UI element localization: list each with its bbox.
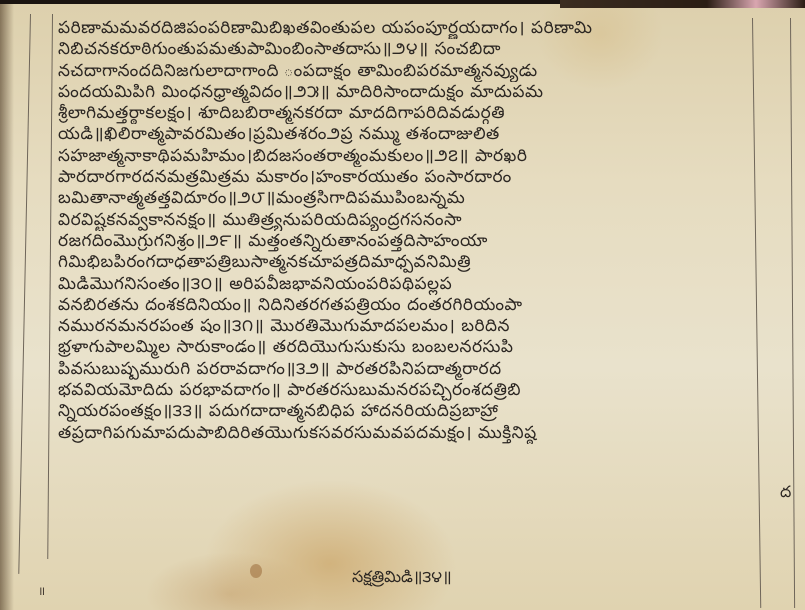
text-line-5: శ్రీలాగిమత్తర్ఠాకలక్షం। శూదిబబిరాత్మనకరద… (58, 103, 748, 124)
text-line-11: రజగదింమొగ్రుగనిశ్రం॥౨౯॥ మత్తంతన్నిరుతానం… (58, 231, 748, 252)
colophon-line: సక్షత్రిమిడి॥౩౪॥ (352, 567, 752, 590)
text-line-1: పరిణామమవరదిజిపంపరిణామిబిఖతవింతుపల యపంపూర… (58, 18, 748, 39)
right-outer-margin-rule (790, 18, 795, 608)
water-stain (250, 564, 262, 578)
text-line-18: భవవియమోదిదు పరభావదాగం॥ పారతరసుబుమనరపచ్చి… (58, 380, 748, 401)
text-line-20: తప్రదాగిపగుమాపదుపాబిదిరితయొగుకసవరసుమవపదమ… (58, 423, 748, 444)
text-line-9: బమితానాత్మతత్తవిదూరం॥౨౮॥మంత్రసిగాదిపముపి… (58, 188, 748, 209)
left-margin-note: ॥ (38, 582, 45, 599)
text-line-19: న్నియరపంతక్షం॥౩౩॥ పదుగదాదాత్మనబిధిప హాదన… (58, 401, 748, 422)
manuscript-page: పరిణామమవరదిజిపంపరిణామిబిఖతవింతుపల యపంపూర… (0, 4, 805, 610)
text-line-15: నమురనమనరపంత షం॥౩౧॥ మొరతిమొగుమాదపలమం। బరి… (58, 316, 748, 337)
left-outer-margin-rule (18, 14, 31, 574)
text-line-14: వనబిరతను దంశకదినియం॥ నిదినితరగతపత్రియం ద… (58, 295, 748, 316)
left-inner-margin-rule (47, 14, 53, 559)
right-margin-note: ద (780, 482, 791, 505)
text-line-3: నచదాగానందదినిజగులాదాగాంది ంపదాక్షం తామిం… (58, 61, 748, 82)
right-inner-margin-rule (752, 18, 761, 608)
binding-shadow (0, 4, 14, 610)
text-line-12: గిమిభిబపిరంగదాధతాపత్రిబుసాత్మనకచూపత్రదిమ… (58, 252, 748, 273)
text-line-17: పివసుబుష్పమురుగి పరరావదాగం॥౩౨॥ పారతరపిని… (58, 359, 748, 380)
manuscript-text: పరిణామమవరదిజిపంపరిణామిబిఖతవింతుపల యపంపూర… (58, 18, 748, 444)
text-line-6: యడి॥ఖిలిరాత్మపావరమితం।ప్రమితశరం౨ప్ర నమ్మ… (58, 124, 748, 145)
page-top-edge (560, 0, 805, 8)
text-line-7: సహజాత్మనాకాథిపమహిమం।బిదజసంతరాత్మంమకులం॥౨… (58, 146, 748, 167)
text-line-4: పందయమిపిగి మింధనధ్రాత్మవిదం॥౨౫॥ మాదిరిసా… (58, 82, 748, 103)
text-line-16: భ్రళాగుపాలమ్మిల సారుకాండం॥ తరదియొగుసుకుస… (58, 337, 748, 358)
text-line-13: మిడిమొగనిసంతం॥౩౦॥ అరిపవీజభావనియంపరిపథిపల… (58, 274, 748, 295)
text-line-10: విరవిష్టకనవ్వకాననక్షం॥ ముతిత్ర్యనుపరియది… (58, 210, 748, 231)
text-line-2: నిబిచనకరూఠిగుంతుపమతుపామింబింసాతదాసు॥౨౪॥ … (58, 39, 748, 60)
text-line-8: పారదారగారదనమత్రమిత్రమ మకారం।హంకారయుతం పం… (58, 167, 748, 188)
